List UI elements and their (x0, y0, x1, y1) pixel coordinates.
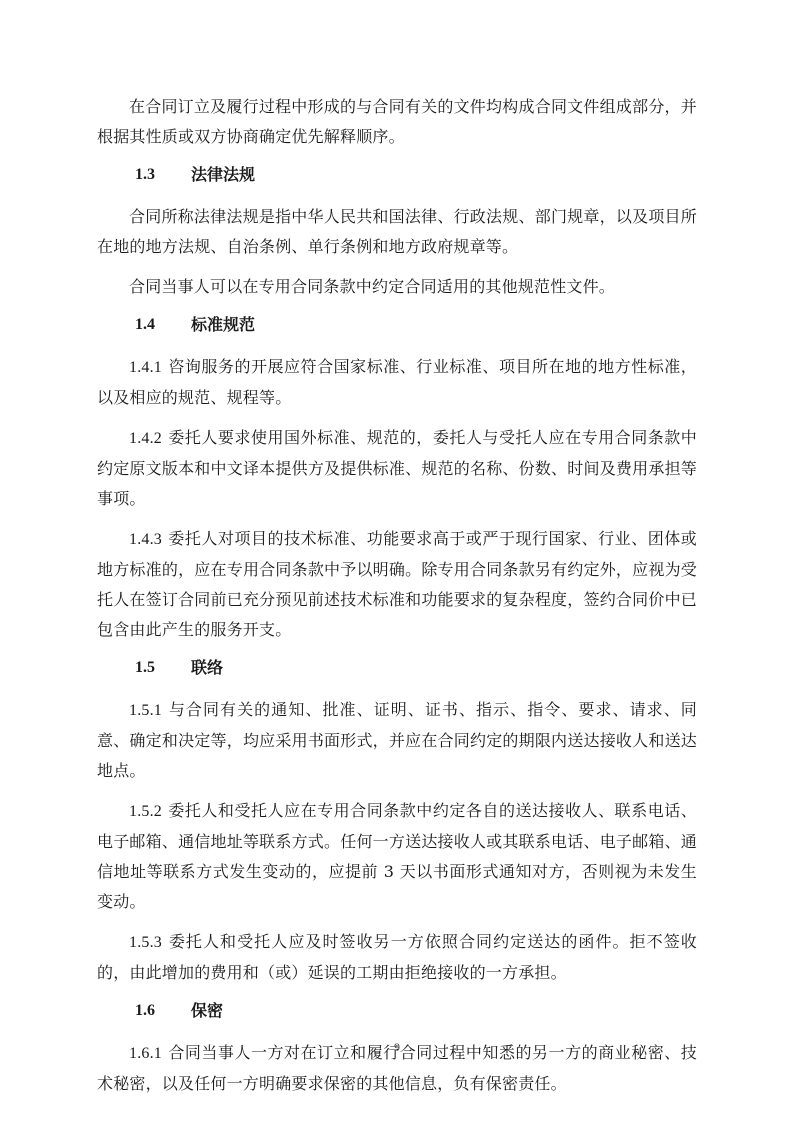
clause-number: 1.5.3 (129, 934, 162, 951)
clause-number: 1.5.2 (129, 803, 162, 820)
clause-1-5-1: 1.5.1与合同有关的通知、批准、证明、证书、指示、指令、要求、请求、同意、确定… (97, 695, 697, 786)
clause-text: 咨询服务的开展应符合国家标准、行业标准、项目所在地的地方性标准，以及相应的规范、… (97, 357, 697, 407)
section-title: 标准规范 (191, 312, 255, 338)
section-title: 法律法规 (191, 162, 255, 188)
section-number: 1.4 (135, 312, 191, 338)
section-number: 1.6 (135, 998, 191, 1024)
page-number: 9 (0, 1040, 794, 1055)
paragraph-contract-documents: 在合同订立及履行过程中形成的与合同有关的文件均构成合同文件组成部分，并根据其性质… (97, 92, 697, 152)
paragraph-laws-definition: 合同所称法律法规是指中华人民共和国法律、行政法规、部门规章，以及项目所在地的地方… (97, 202, 697, 262)
clause-number: 1.4.2 (129, 430, 162, 447)
section-number: 1.3 (135, 162, 191, 188)
section-heading-1-6: 1.6 保密 (97, 998, 697, 1024)
section-title: 保密 (191, 998, 223, 1024)
clause-1-5-3: 1.5.3委托人和受托人应及时签收另一方依照合同约定送达的函件。拒不签收的，由此… (97, 927, 697, 988)
document-body: 在合同订立及履行过程中形成的与合同有关的文件均构成合同文件组成部分，并根据其性质… (97, 92, 697, 1109)
section-title: 联络 (191, 655, 223, 681)
clause-text: 与合同有关的通知、批准、证明、证书、指示、指令、要求、请求、同意、确定和决定等，… (97, 700, 697, 780)
paragraph-other-normative-docs: 合同当事人可以在专用合同条款中约定合同适用的其他规范性文件。 (97, 272, 697, 302)
section-heading-1-5: 1.5 联络 (97, 655, 697, 681)
document-page: 在合同订立及履行过程中形成的与合同有关的文件均构成合同文件组成部分，并根据其性质… (0, 0, 794, 1122)
clause-number: 1.5.1 (129, 702, 162, 719)
clause-1-4-2: 1.4.2委托人要求使用国外标准、规范的，委托人与受托人应在专用合同条款中约定原… (97, 423, 697, 514)
clause-number: 1.4.1 (129, 359, 162, 376)
clause-1-4-3: 1.4.3委托人对项目的技术标准、功能要求高于或严于现行国家、行业、团体或地方标… (97, 524, 697, 645)
clause-text: 委托人和受托人应在专用合同条款中约定各自的送达接收人、联系电话、电子邮箱、通信地… (97, 801, 697, 911)
clause-text: 委托人对项目的技术标准、功能要求高于或严于现行国家、行业、团体或地方标准的，应在… (97, 529, 697, 639)
clause-text: 委托人要求使用国外标准、规范的，委托人与受托人应在专用合同条款中约定原文版本和中… (97, 428, 697, 508)
section-number: 1.5 (135, 655, 191, 681)
clause-number: 1.4.3 (129, 531, 162, 548)
paragraph-text: 合同所称法律法规是指中华人民共和国法律、行政法规、部门规章，以及项目所在地的地方… (97, 207, 697, 256)
clause-1-4-1: 1.4.1咨询服务的开展应符合国家标准、行业标准、项目所在地的地方性标准，以及相… (97, 352, 697, 413)
clause-1-5-2: 1.5.2委托人和受托人应在专用合同条款中约定各自的送达接收人、联系电话、电子邮… (97, 796, 697, 917)
section-heading-1-3: 1.3 法律法规 (97, 162, 697, 188)
clause-text: 委托人和受托人应及时签收另一方依照合同约定送达的函件。拒不签收的，由此增加的费用… (97, 932, 697, 982)
section-heading-1-4: 1.4 标准规范 (97, 312, 697, 338)
paragraph-text: 在合同订立及履行过程中形成的与合同有关的文件均构成合同文件组成部分，并根据其性质… (97, 97, 697, 146)
paragraph-text: 合同当事人可以在专用合同条款中约定合同适用的其他规范性文件。 (129, 277, 615, 296)
